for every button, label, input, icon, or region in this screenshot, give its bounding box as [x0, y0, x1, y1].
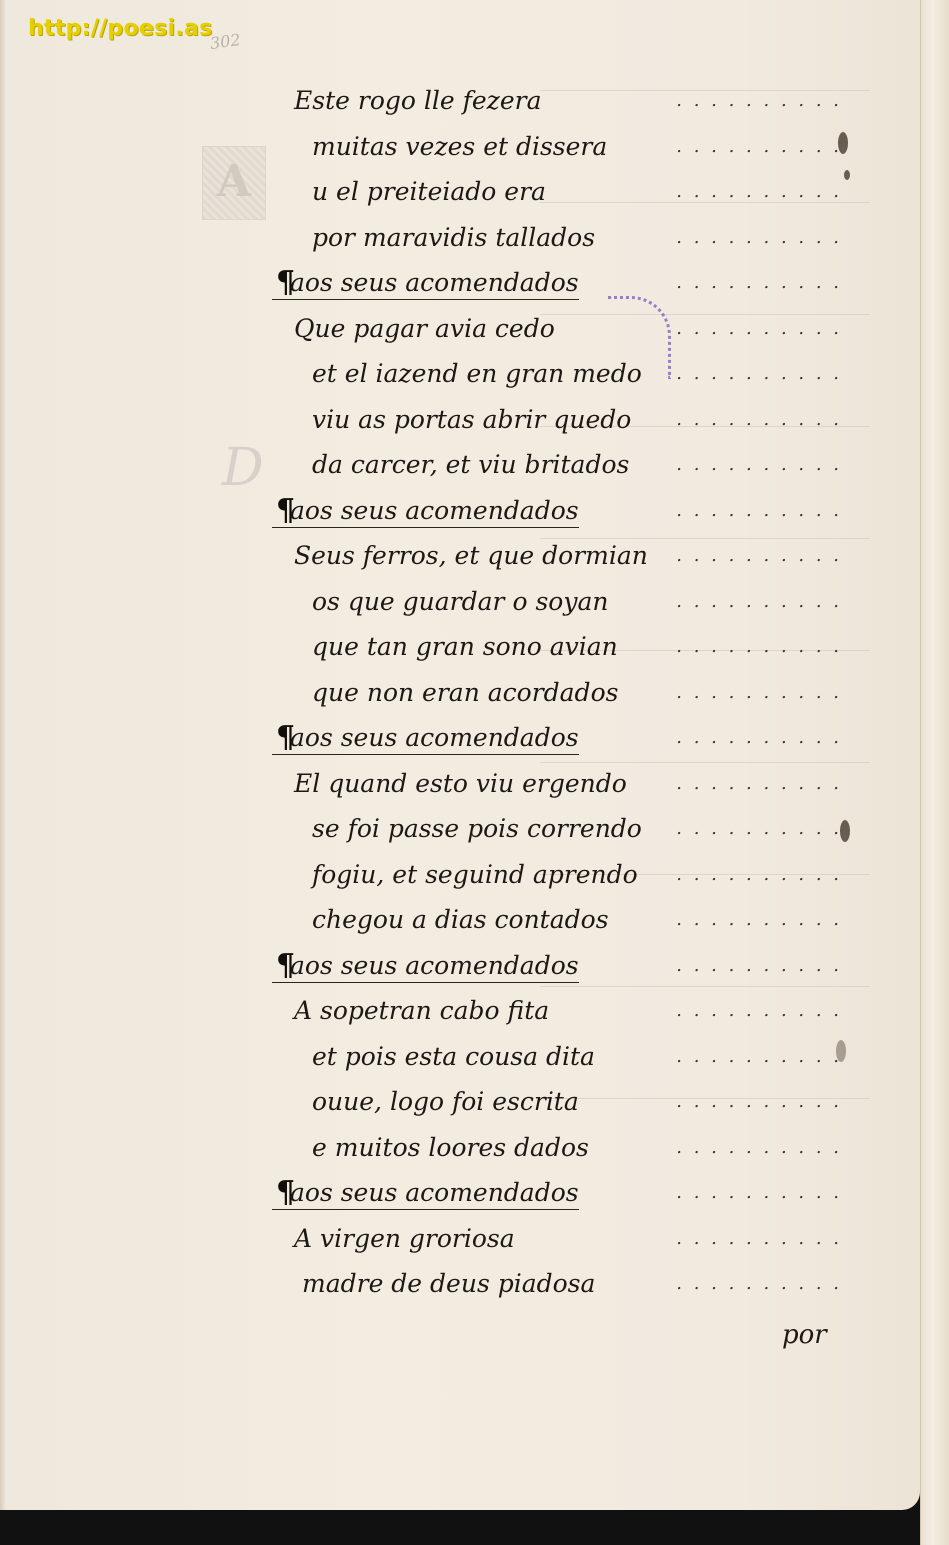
verse-line: et el iazend en gran medo. . . . . . . .…: [272, 351, 852, 397]
verse-line-text: A virgen groriosa: [294, 1224, 515, 1253]
refrain-text: aos seus acomendados: [272, 496, 579, 528]
verse-line-text: et pois esta cousa dita: [312, 1042, 595, 1071]
line-fill-dots: . . . . . . . . . .: [676, 1216, 842, 1261]
verse-line-text: chegou a dias contados: [312, 905, 609, 934]
line-fill-dots: . . . . . . . . . .: [676, 306, 842, 351]
verse-line: chegou a dias contados. . . . . . . . . …: [272, 897, 852, 943]
refrain-text: aos seus acomendados: [272, 951, 579, 983]
verse-line-text: fogiu, et seguind aprendo: [312, 860, 638, 889]
verse-line: u el preiteiado era. . . . . . . . . .: [272, 169, 852, 215]
catchword: por: [782, 1320, 827, 1350]
verse-line-text: e muitos loores dados: [312, 1133, 589, 1162]
verse-line-text: u el preiteiado era: [312, 177, 546, 206]
verse-line: que tan gran sono avian. . . . . . . . .…: [272, 624, 852, 670]
verse-line: A sopetran cabo fita. . . . . . . . . .: [272, 988, 852, 1034]
bleed-through-initial: A: [202, 146, 266, 220]
verse-line-text: Que pagar avia cedo: [294, 314, 555, 343]
verse-line-text: El quand esto viu ergendo: [294, 769, 627, 798]
line-fill-dots: . . . . . . . . . .: [676, 806, 842, 851]
line-fill-dots: . . . . . . . . . .: [676, 488, 842, 533]
line-fill-dots: . . . . . . . . . .: [676, 670, 842, 715]
line-fill-dots: . . . . . . . . . .: [676, 579, 842, 624]
verse-line: fogiu, et seguind aprendo. . . . . . . .…: [272, 852, 852, 898]
verse-line: ouue, logo foi escrita. . . . . . . . . …: [272, 1079, 852, 1125]
verse-line: Seus ferros, et que dormian. . . . . . .…: [272, 533, 852, 579]
verse-line-text: da carcer, et viu britados: [312, 450, 629, 479]
line-fill-dots: . . . . . . . . . .: [676, 897, 842, 942]
line-fill-dots: . . . . . . . . . .: [676, 124, 842, 169]
verse-line-text: madre de deus piadosa: [302, 1269, 595, 1298]
line-fill-dots: . . . . . . . . . .: [676, 1079, 842, 1124]
verse-line: da carcer, et viu britados. . . . . . . …: [272, 442, 852, 488]
line-fill-dots: . . . . . . . . . .: [676, 260, 842, 305]
verse-line-text: Este rogo lle fezera: [294, 86, 541, 115]
line-fill-dots: . . . . . . . . . .: [676, 1170, 842, 1215]
verse-line-text: ouue, logo foi escrita: [312, 1087, 579, 1116]
verse-line: Este rogo lle fezera. . . . . . . . . .: [272, 78, 852, 124]
verse-line: et pois esta cousa dita. . . . . . . . .…: [272, 1034, 852, 1080]
verse-line-text: muitas vezes et dissera: [312, 132, 607, 161]
verse-line: que non eran acordados. . . . . . . . . …: [272, 670, 852, 716]
line-fill-dots: . . . . . . . . . .: [676, 1261, 842, 1306]
line-fill-dots: . . . . . . . . . .: [676, 943, 842, 988]
verse-line: El quand esto viu ergendo. . . . . . . .…: [272, 761, 852, 807]
watermark-url: http://poesi.as: [28, 16, 213, 41]
bleed-through-letter: D: [222, 438, 264, 498]
verse-line: madre de deus piadosa. . . . . . . . . .: [272, 1261, 852, 1307]
refrain-text: aos seus acomendados: [272, 723, 579, 755]
line-fill-dots: . . . . . . . . . .: [676, 988, 842, 1033]
verse-line: os que guardar o soyan. . . . . . . . . …: [272, 579, 852, 625]
line-fill-dots: . . . . . . . . . .: [676, 351, 842, 396]
verse-line-text: se foi passe pois correndo: [312, 814, 642, 843]
verse-text: Este rogo lle fezera. . . . . . . . . . …: [272, 78, 852, 1307]
refrain-text: aos seus acomendados: [272, 268, 579, 300]
line-fill-dots: . . . . . . . . . .: [676, 1034, 842, 1079]
line-fill-dots: . . . . . . . . . .: [676, 852, 842, 897]
verse-line: A virgen groriosa. . . . . . . . . .: [272, 1216, 852, 1262]
verse-line-text: por maravidis tallados: [312, 223, 595, 252]
verse-line-text: os que guardar o soyan: [312, 587, 608, 616]
verse-line: se foi passe pois correndo. . . . . . . …: [272, 806, 852, 852]
line-fill-dots: . . . . . . . . . .: [676, 715, 842, 760]
refrain-line: ¶aos seus acomendados. . . . . . . . . .: [272, 260, 852, 306]
verse-line-text: Seus ferros, et que dormian: [294, 541, 648, 570]
bleed-initial-letter: A: [203, 147, 265, 217]
line-fill-dots: . . . . . . . . . .: [676, 533, 842, 578]
line-fill-dots: . . . . . . . . . .: [676, 442, 842, 487]
line-fill-dots: . . . . . . . . . .: [676, 215, 842, 260]
verse-line: por maravidis tallados. . . . . . . . . …: [272, 215, 852, 261]
verse-line-text: A sopetran cabo fita: [294, 996, 549, 1025]
line-fill-dots: . . . . . . . . . .: [676, 397, 842, 442]
refrain-line: ¶aos seus acomendados. . . . . . . . . .: [272, 488, 852, 534]
line-fill-dots: . . . . . . . . . .: [676, 1125, 842, 1170]
verse-line: e muitos loores dados. . . . . . . . . .: [272, 1125, 852, 1171]
verse-line-text: que non eran acordados: [312, 678, 618, 707]
line-fill-dots: . . . . . . . . . .: [676, 78, 842, 123]
verse-line: Que pagar avia cedo. . . . . . . . . .: [272, 306, 852, 352]
refrain-text: aos seus acomendados: [272, 1178, 579, 1210]
verse-line-text: et el iazend en gran medo: [312, 359, 642, 388]
line-fill-dots: . . . . . . . . . .: [676, 761, 842, 806]
refrain-line: ¶aos seus acomendados. . . . . . . . . .: [272, 715, 852, 761]
verse-line-text: que tan gran sono avian: [312, 632, 618, 661]
verse-line-text: viu as portas abrir quedo: [312, 405, 631, 434]
verse-line: viu as portas abrir quedo. . . . . . . .…: [272, 397, 852, 443]
refrain-line: ¶aos seus acomendados. . . . . . . . . .: [272, 943, 852, 989]
line-fill-dots: . . . . . . . . . .: [676, 624, 842, 669]
verse-line: muitas vezes et dissera. . . . . . . . .…: [272, 124, 852, 170]
refrain-line: ¶aos seus acomendados. . . . . . . . . .: [272, 1170, 852, 1216]
page-edge: [920, 0, 949, 1545]
line-fill-dots: . . . . . . . . . .: [676, 169, 842, 214]
